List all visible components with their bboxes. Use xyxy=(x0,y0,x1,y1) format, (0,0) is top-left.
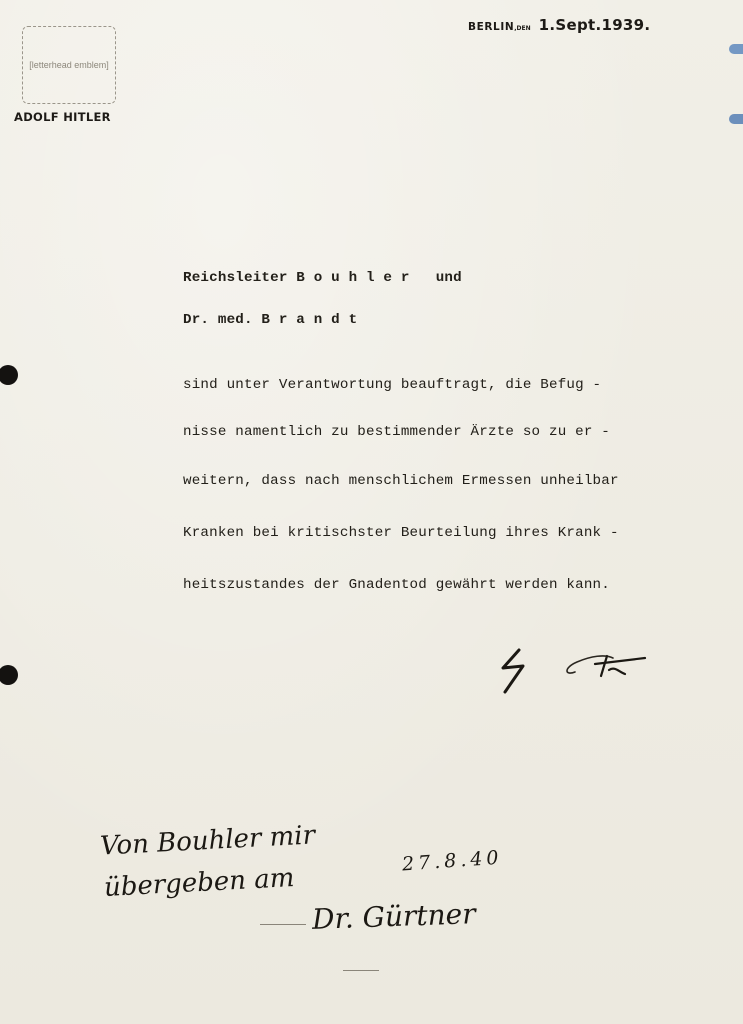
letterhead-name: ADOLF HITLER xyxy=(14,110,111,124)
emblem-placeholder-label: [letterhead emblem] xyxy=(29,60,109,71)
annotation-signature: Dr. Gürtner xyxy=(311,897,476,936)
edge-mark xyxy=(729,114,743,124)
body-line: sind unter Verantwortung beauftragt, die… xyxy=(183,377,601,393)
document-page xyxy=(0,0,743,1024)
body-line: weitern, dass nach menschlichem Ermessen… xyxy=(183,473,619,489)
annotation-dash xyxy=(343,970,379,971)
addressee-line-2: Dr. med. B r a n d t xyxy=(183,312,357,328)
body-line: nisse namentlich zu bestimmender Ärzte s… xyxy=(183,424,610,440)
dateline-place: BERLIN xyxy=(468,21,514,33)
letterhead-emblem-placeholder: [letterhead emblem] xyxy=(22,26,116,104)
body-line: heitszustandes der Gnadentod gewährt wer… xyxy=(183,577,610,593)
dateline: BERLIN,DEN1.Sept.1939. xyxy=(468,16,650,35)
dateline-date: 1.Sept.1939. xyxy=(539,16,651,34)
dateline-den: ,DEN xyxy=(514,25,530,32)
annotation-dash xyxy=(260,924,306,925)
body-line: Kranken bei kritischster Beurteilung ihr… xyxy=(183,525,619,541)
addressee-line-1: Reichsleiter B o u h l e r und xyxy=(183,270,462,286)
edge-mark xyxy=(729,44,743,54)
signature-scribble xyxy=(495,640,665,700)
